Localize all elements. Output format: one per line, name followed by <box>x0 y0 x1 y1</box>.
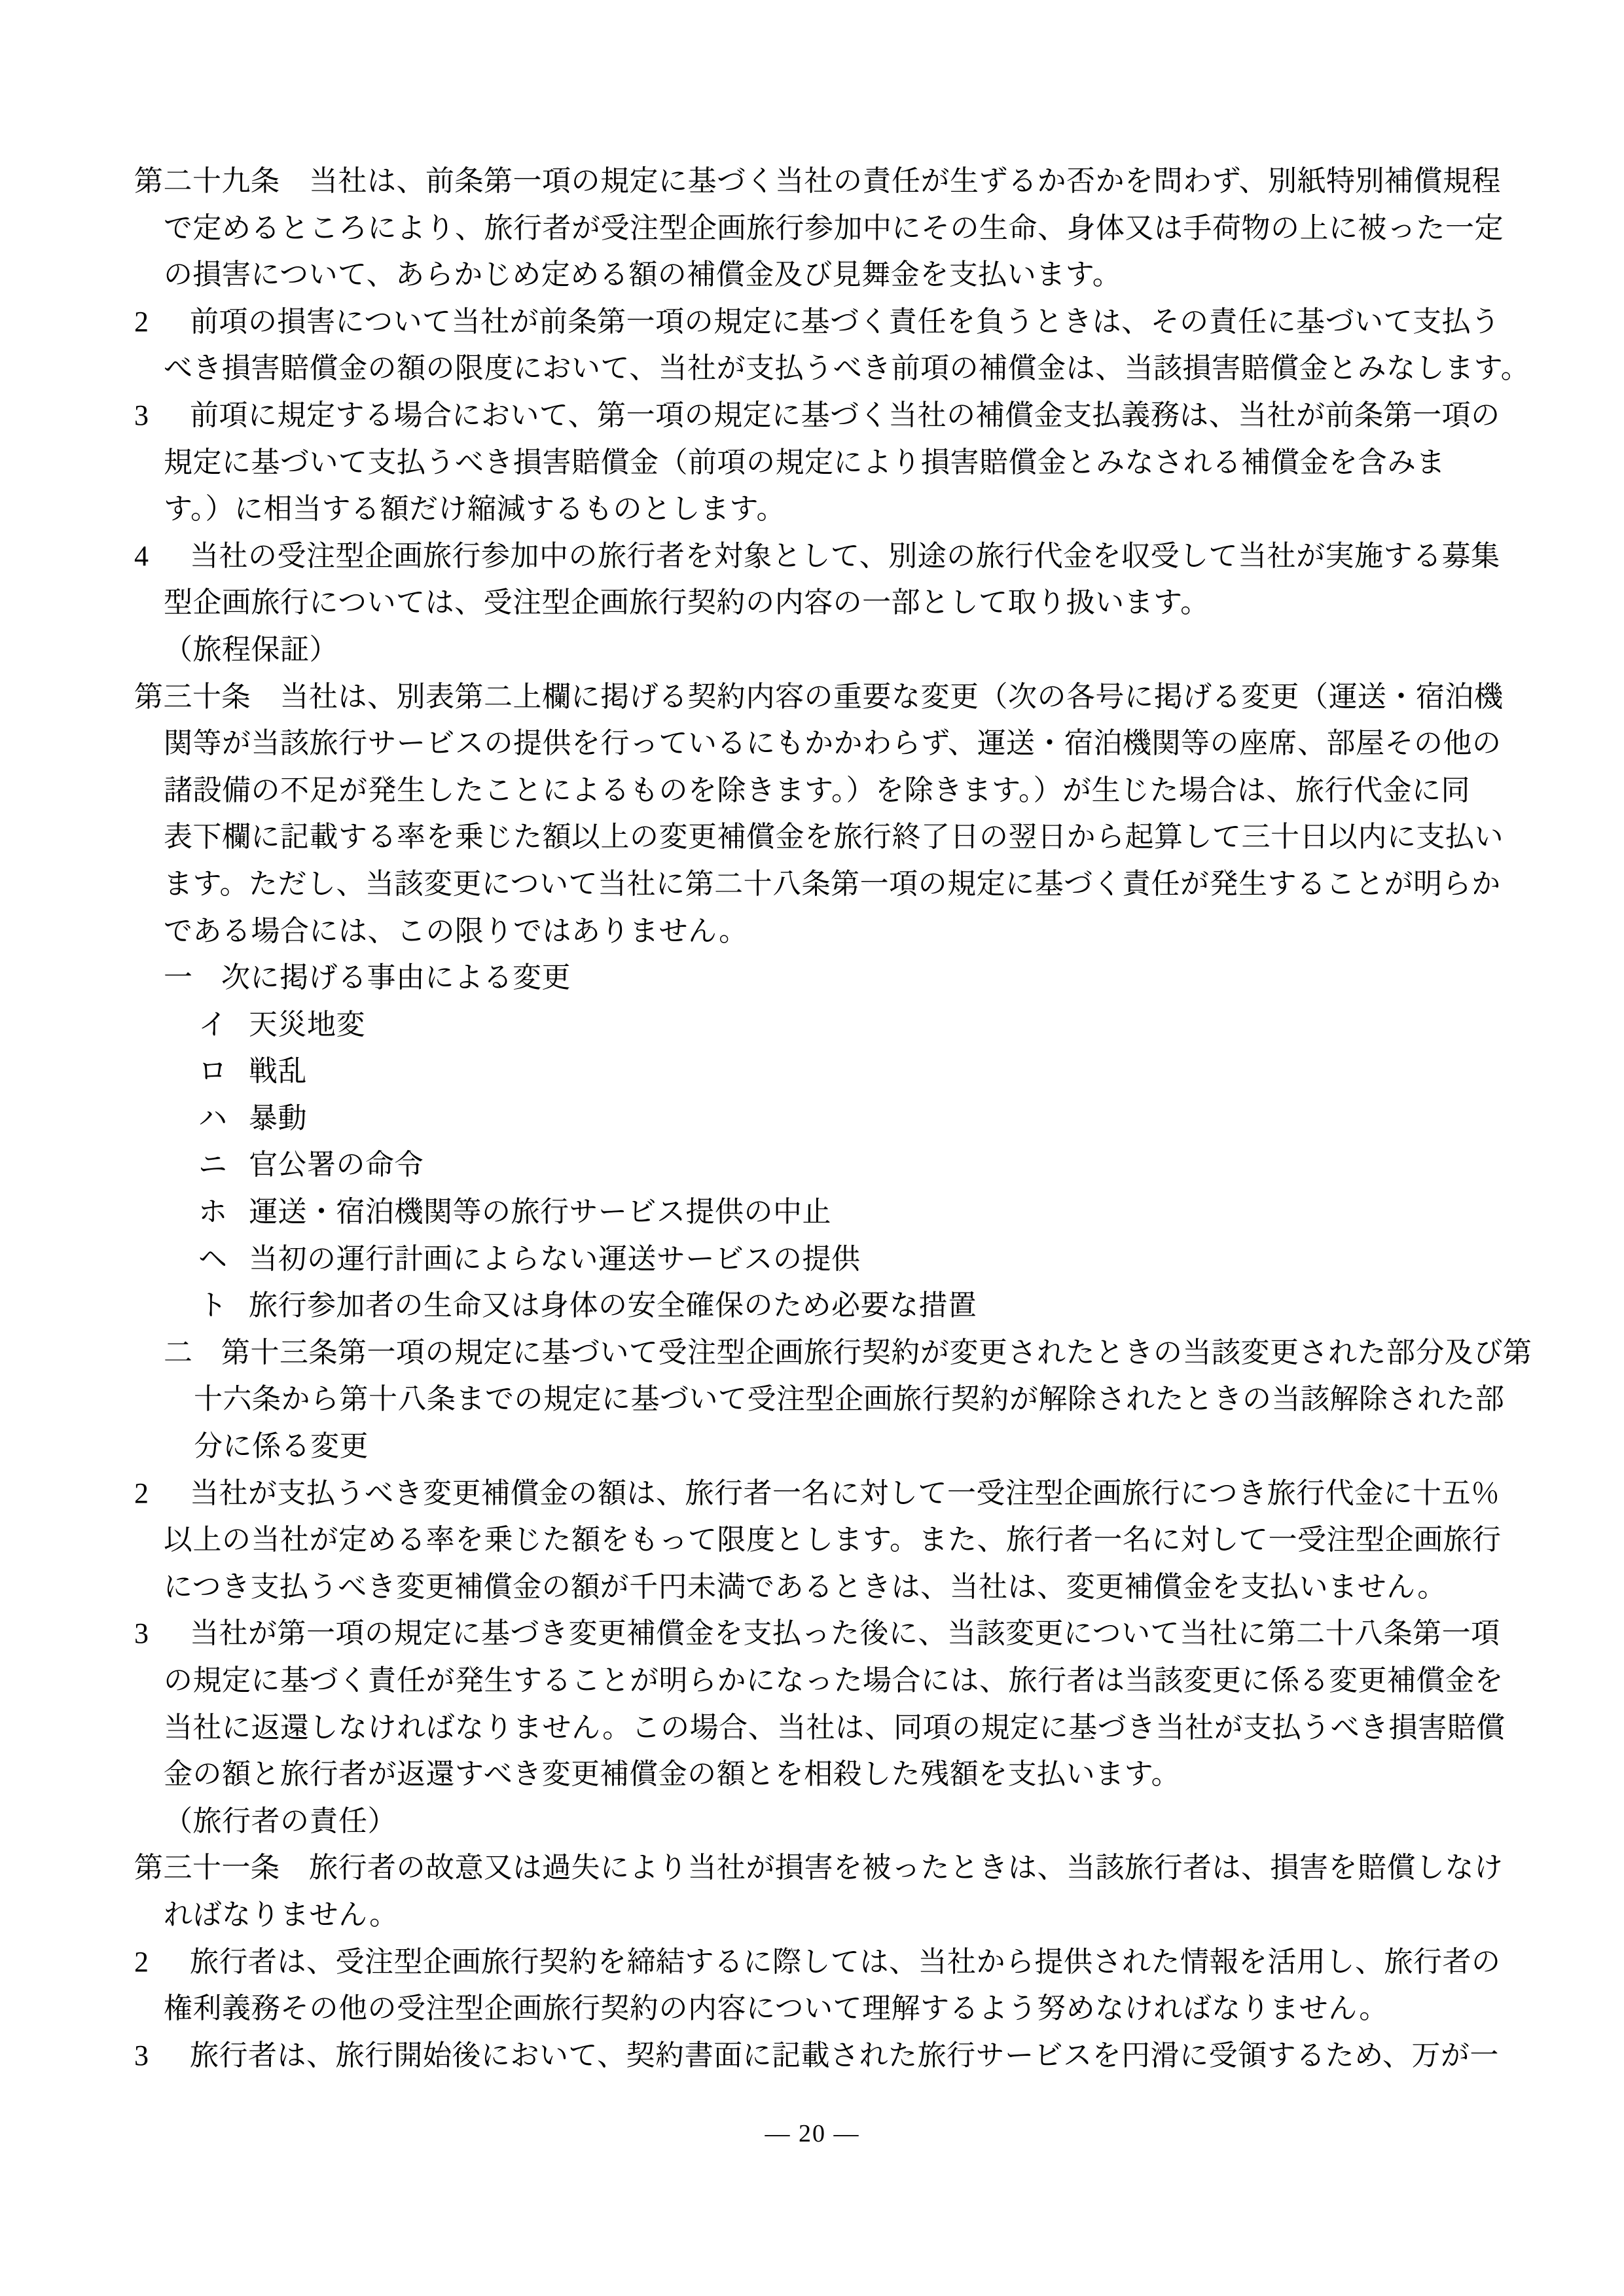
line-text: 権利義務その他の受注型企画旅行契約の内容について理解するよう努めなければなりませ… <box>164 1992 1388 2024</box>
line-text: 当初の運行計画によらない運送サービスの提供 <box>249 1243 861 1275</box>
line-text: 分に係る変更 <box>194 1430 369 1462</box>
line-text: 旅行者は、旅行開始後において、契約書面に記載された旅行サービスを円滑に受領するた… <box>190 2039 1499 2072</box>
text-line: 第三十条 当社は、別表第二上欄に掲げる契約内容の重要な変更（次の各号に掲げる変更… <box>134 673 1522 721</box>
text-line: 金の額と旅行者が返還すべき変更補償金の額とを相殺した残額を支払います。 <box>164 1751 1522 1798</box>
line-text: 当社に返還しなければなりません。この場合、当社は、同項の規定に基づき当社が支払う… <box>164 1712 1506 1744</box>
line-text: （旅行者の責任） <box>164 1805 397 1837</box>
list-marker: ハ <box>198 1095 249 1142</box>
text-line: 第三十一条 旅行者の故意又は過失により当社が損害を被ったときは、当該旅行者は、損… <box>134 1844 1522 1892</box>
line-text: す。）に相当する額だけ縮減するものとします。 <box>164 493 785 525</box>
line-text: 当社が支払うべき変更補償金の額は、旅行者一名に対して一受注型企画旅行につき旅行代… <box>190 1477 1500 1509</box>
line-text: 第三十一条 旅行者の故意又は過失により当社が損害を被ったときは、当該旅行者は、損… <box>134 1852 1504 1884</box>
text-line: 分に係る変更 <box>194 1423 1522 1470</box>
text-line: ハ暴動 <box>198 1095 1522 1142</box>
line-text: 旅行者は、受注型企画旅行契約を締結するに際しては、当社から提供された情報を活用し… <box>190 1946 1501 1978</box>
text-line: の損害について、あらかじめ定める額の補償金及び見舞金を支払います。 <box>164 251 1522 298</box>
text-line: 十六条から第十八条までの規定に基づいて受注型企画旅行契約が解除されたときの当該解… <box>194 1376 1522 1423</box>
text-line: 一次に掲げる事由による変更 <box>164 954 1522 1001</box>
line-text: 関等が当該旅行サービスの提供を行っているにもかかわらず、運送・宿泊機関等の座席、… <box>164 727 1501 759</box>
line-text: （旅程保証） <box>164 634 338 666</box>
text-line: 権利義務その他の受注型企画旅行契約の内容について理解するよう努めなければなりませ… <box>164 1985 1522 2032</box>
text-line: につき支払うべき変更補償金の額が千円未満であるときは、当社は、変更補償金を支払い… <box>164 1564 1522 1611</box>
list-marker: 2 <box>134 298 190 346</box>
line-text: 天災地変 <box>249 1009 365 1041</box>
text-line: （旅程保証） <box>164 626 1522 673</box>
list-marker: ロ <box>198 1048 249 1095</box>
text-line: 4当社の受注型企画旅行参加中の旅行者を対象として、別途の旅行代金を収受して当社が… <box>134 533 1522 580</box>
text-line: べき損害賠償金の額の限度において、当社が支払うべき前項の補償金は、当該損害賠償金… <box>164 345 1522 392</box>
list-marker: 一 <box>164 954 221 1001</box>
text-line: 型企画旅行については、受注型企画旅行契約の内容の一部として取り扱います。 <box>164 579 1522 626</box>
line-text: の損害について、あらかじめ定める額の補償金及び見舞金を支払います。 <box>164 259 1121 291</box>
text-line: 表下欄に記載する率を乗じた額以上の変更補償金を旅行終了日の翌日から起算して三十日… <box>164 814 1522 861</box>
text-line: の規定に基づく責任が発生することが明らかになった場合には、旅行者は当該変更に係る… <box>164 1657 1522 1704</box>
list-marker: 3 <box>134 1610 190 1657</box>
line-text: 旅行参加者の生命又は身体の安全確保のため必要な措置 <box>249 1289 977 1321</box>
line-text: 諸設備の不足が発生したことによるものを除きます。）を除きます。）が生じた場合は、… <box>164 774 1470 806</box>
text-line: （旅行者の責任） <box>164 1798 1522 1845</box>
text-line: ればなりません。 <box>164 1892 1522 1939</box>
list-marker: 二 <box>164 1329 221 1376</box>
line-text: 表下欄に記載する率を乗じた額以上の変更補償金を旅行終了日の翌日から起算して三十日… <box>164 821 1504 853</box>
line-text: ればなりません。 <box>164 1899 399 1931</box>
list-marker: ヘ <box>198 1236 249 1283</box>
line-text: 金の額と旅行者が返還すべき変更補償金の額とを相殺した残額を支払います。 <box>164 1758 1180 1790</box>
line-text: の規定に基づく責任が発生することが明らかになった場合には、旅行者は当該変更に係る… <box>164 1664 1504 1696</box>
line-text: 当社の受注型企画旅行参加中の旅行者を対象として、別途の旅行代金を収受して当社が実… <box>190 540 1500 572</box>
text-line: 二第十三条第一項の規定に基づいて受注型企画旅行契約が変更されたときの当該変更され… <box>164 1329 1522 1376</box>
text-line: ホ運送・宿泊機関等の旅行サービス提供の中止 <box>198 1189 1522 1236</box>
list-marker: 3 <box>134 392 190 439</box>
line-text: 官公署の命令 <box>249 1149 424 1181</box>
line-text: 十六条から第十八条までの規定に基づいて受注型企画旅行契約が解除されたときの当該解… <box>194 1383 1505 1415</box>
list-marker: ホ <box>198 1189 249 1236</box>
text-line: ニ官公署の命令 <box>198 1141 1522 1189</box>
line-text: 当社が第一項の規定に基づき変更補償金を支払った後に、当該変更について当社に第二十… <box>190 1617 1500 1649</box>
line-text: 以上の当社が定める率を乗じた額をもって限度とします。また、旅行者一名に対して一受… <box>164 1524 1501 1556</box>
line-text: につき支払うべき変更補償金の額が千円未満であるときは、当社は、変更補償金を支払い… <box>164 1571 1447 1603</box>
document-text-block: 第二十九条 当社は、前条第一項の規定に基づく当社の責任が生ずるか否かを問わず、別… <box>134 158 1522 2079</box>
document-page: 第二十九条 当社は、前条第一項の規定に基づく当社の責任が生ずるか否かを問わず、別… <box>0 0 1624 2296</box>
line-text: 戦乱 <box>249 1055 307 1087</box>
text-line: で定めるところにより、旅行者が受注型企画旅行参加中にその生命、身体又は手荷物の上… <box>164 205 1522 252</box>
list-marker: 2 <box>134 1470 190 1517</box>
text-line: す。）に相当する額だけ縮減するものとします。 <box>164 486 1522 533</box>
text-line: 関等が当該旅行サービスの提供を行っているにもかかわらず、運送・宿泊機関等の座席、… <box>164 720 1522 767</box>
line-text: である場合には、この限りではありません。 <box>164 915 748 947</box>
text-line: ト旅行参加者の生命又は身体の安全確保のため必要な措置 <box>198 1282 1522 1329</box>
text-line: 規定に基づいて支払うべき損害賠償金（前項の規定により損害賠償金とみなされる補償金… <box>164 439 1522 486</box>
list-marker: 3 <box>134 2032 190 2079</box>
list-marker: 4 <box>134 533 190 580</box>
line-text: べき損害賠償金の額の限度において、当社が支払うべき前項の補償金は、当該損害賠償金… <box>164 352 1530 384</box>
text-line: 当社に返還しなければなりません。この場合、当社は、同項の規定に基づき当社が支払う… <box>164 1704 1522 1751</box>
text-line: 第二十九条 当社は、前条第一項の規定に基づく当社の責任が生ずるか否かを問わず、別… <box>134 158 1522 205</box>
line-text: 前項の損害について当社が前条第一項の規定に基づく責任を負うときは、その責任に基づ… <box>190 306 1500 338</box>
text-line: ます。ただし、当該変更について当社に第二十八条第一項の規定に基づく責任が発生する… <box>164 861 1522 908</box>
line-text: で定めるところにより、旅行者が受注型企画旅行参加中にその生命、身体又は手荷物の上… <box>164 212 1504 244</box>
text-line: イ天災地変 <box>198 1001 1522 1049</box>
line-text: 暴動 <box>249 1102 307 1134</box>
line-text: 前項に規定する場合において、第一項の規定に基づく当社の補償金支払義務は、当社が前… <box>190 399 1500 431</box>
text-line: 3当社が第一項の規定に基づき変更補償金を支払った後に、当該変更について当社に第二… <box>134 1610 1522 1657</box>
text-line: ロ戦乱 <box>198 1048 1522 1095</box>
text-line: 3前項に規定する場合において、第一項の規定に基づく当社の補償金支払義務は、当社が… <box>134 392 1522 439</box>
text-line: 2前項の損害について当社が前条第一項の規定に基づく責任を負うときは、その責任に基… <box>134 298 1522 346</box>
page-number: — 20 — <box>134 2119 1490 2148</box>
line-text: ます。ただし、当該変更について当社に第二十八条第一項の規定に基づく責任が発生する… <box>164 868 1501 900</box>
list-marker: ニ <box>198 1141 249 1189</box>
text-line: ヘ当初の運行計画によらない運送サービスの提供 <box>198 1236 1522 1283</box>
line-text: 第十三条第一項の規定に基づいて受注型企画旅行契約が変更されたときの当該変更された… <box>221 1336 1532 1369</box>
line-text: 型企画旅行については、受注型企画旅行契約の内容の一部として取り扱います。 <box>164 586 1210 619</box>
text-line: 3旅行者は、旅行開始後において、契約書面に記載された旅行サービスを円滑に受領する… <box>134 2032 1522 2079</box>
list-marker: ト <box>198 1282 249 1329</box>
line-text: 次に掲げる事由による変更 <box>221 961 571 994</box>
list-marker: 2 <box>134 1939 190 1986</box>
text-line: 諸設備の不足が発生したことによるものを除きます。）を除きます。）が生じた場合は、… <box>164 767 1522 814</box>
text-line: 以上の当社が定める率を乗じた額をもって限度とします。また、旅行者一名に対して一受… <box>164 1516 1522 1564</box>
text-line: である場合には、この限りではありません。 <box>164 908 1522 955</box>
text-line: 2当社が支払うべき変更補償金の額は、旅行者一名に対して一受注型企画旅行につき旅行… <box>134 1470 1522 1517</box>
line-text: 運送・宿泊機関等の旅行サービス提供の中止 <box>249 1196 831 1228</box>
list-marker: イ <box>198 1001 249 1049</box>
line-text: 第三十条 当社は、別表第二上欄に掲げる契約内容の重要な変更（次の各号に掲げる変更… <box>134 681 1504 713</box>
line-text: 第二十九条 当社は、前条第一項の規定に基づく当社の責任が生ずるか否かを問わず、別… <box>134 165 1501 197</box>
line-text: 規定に基づいて支払うべき損害賠償金（前項の規定により損害賠償金とみなされる補償金… <box>164 446 1445 478</box>
text-line: 2旅行者は、受注型企画旅行契約を締結するに際しては、当社から提供された情報を活用… <box>134 1939 1522 1986</box>
